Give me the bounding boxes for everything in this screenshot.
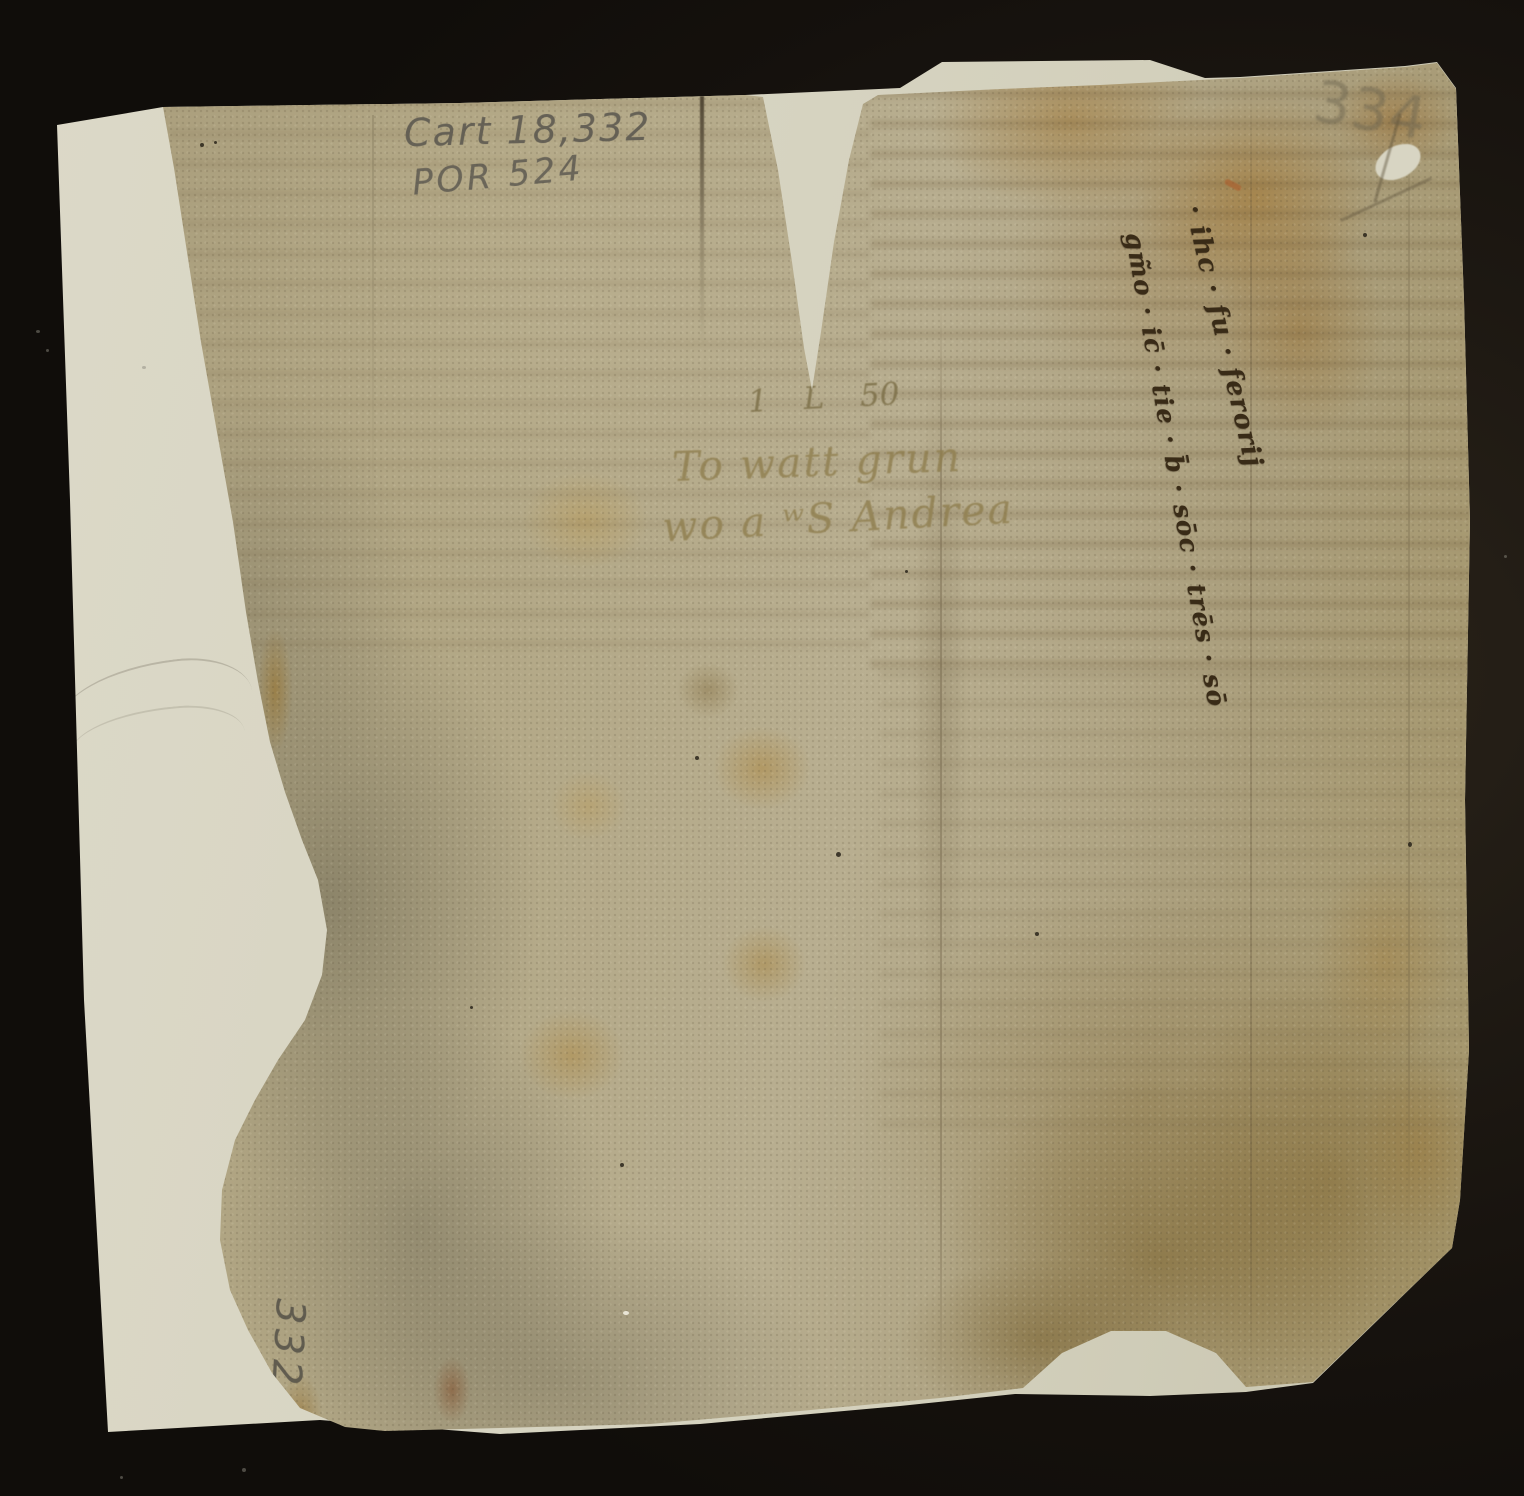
ink-speck — [200, 143, 204, 147]
photo-backdrop: Cart 18,332 POR 524 334 · ihc · fu · fer… — [0, 0, 1524, 1496]
ink-speck — [695, 756, 699, 760]
faded-note-line1: To watt grun — [671, 433, 963, 491]
ink-speck — [1363, 233, 1367, 237]
dust-speck — [120, 1476, 123, 1479]
ink-speck — [620, 1163, 624, 1167]
dust-speck — [142, 366, 146, 369]
ink-speck — [470, 1006, 473, 1009]
ink-speck — [214, 141, 217, 144]
ink-speck — [836, 852, 841, 857]
dust-speck — [36, 330, 40, 333]
pencil-shelfmark-line1: Cart 18,332 — [403, 105, 651, 155]
dust-speck — [46, 349, 49, 352]
fold-crease — [1250, 85, 1252, 1380]
dust-speck — [1504, 555, 1507, 558]
fold-crease — [700, 96, 704, 346]
white-fleck — [623, 1311, 629, 1315]
fold-crease — [1408, 70, 1410, 1240]
ink-speck — [905, 570, 908, 573]
ink-speck — [1408, 842, 1412, 847]
ink-speck — [1035, 932, 1039, 936]
fold-crease — [372, 115, 374, 535]
show-through-text-lines — [880, 670, 1470, 1130]
dust-speck — [242, 1468, 246, 1472]
